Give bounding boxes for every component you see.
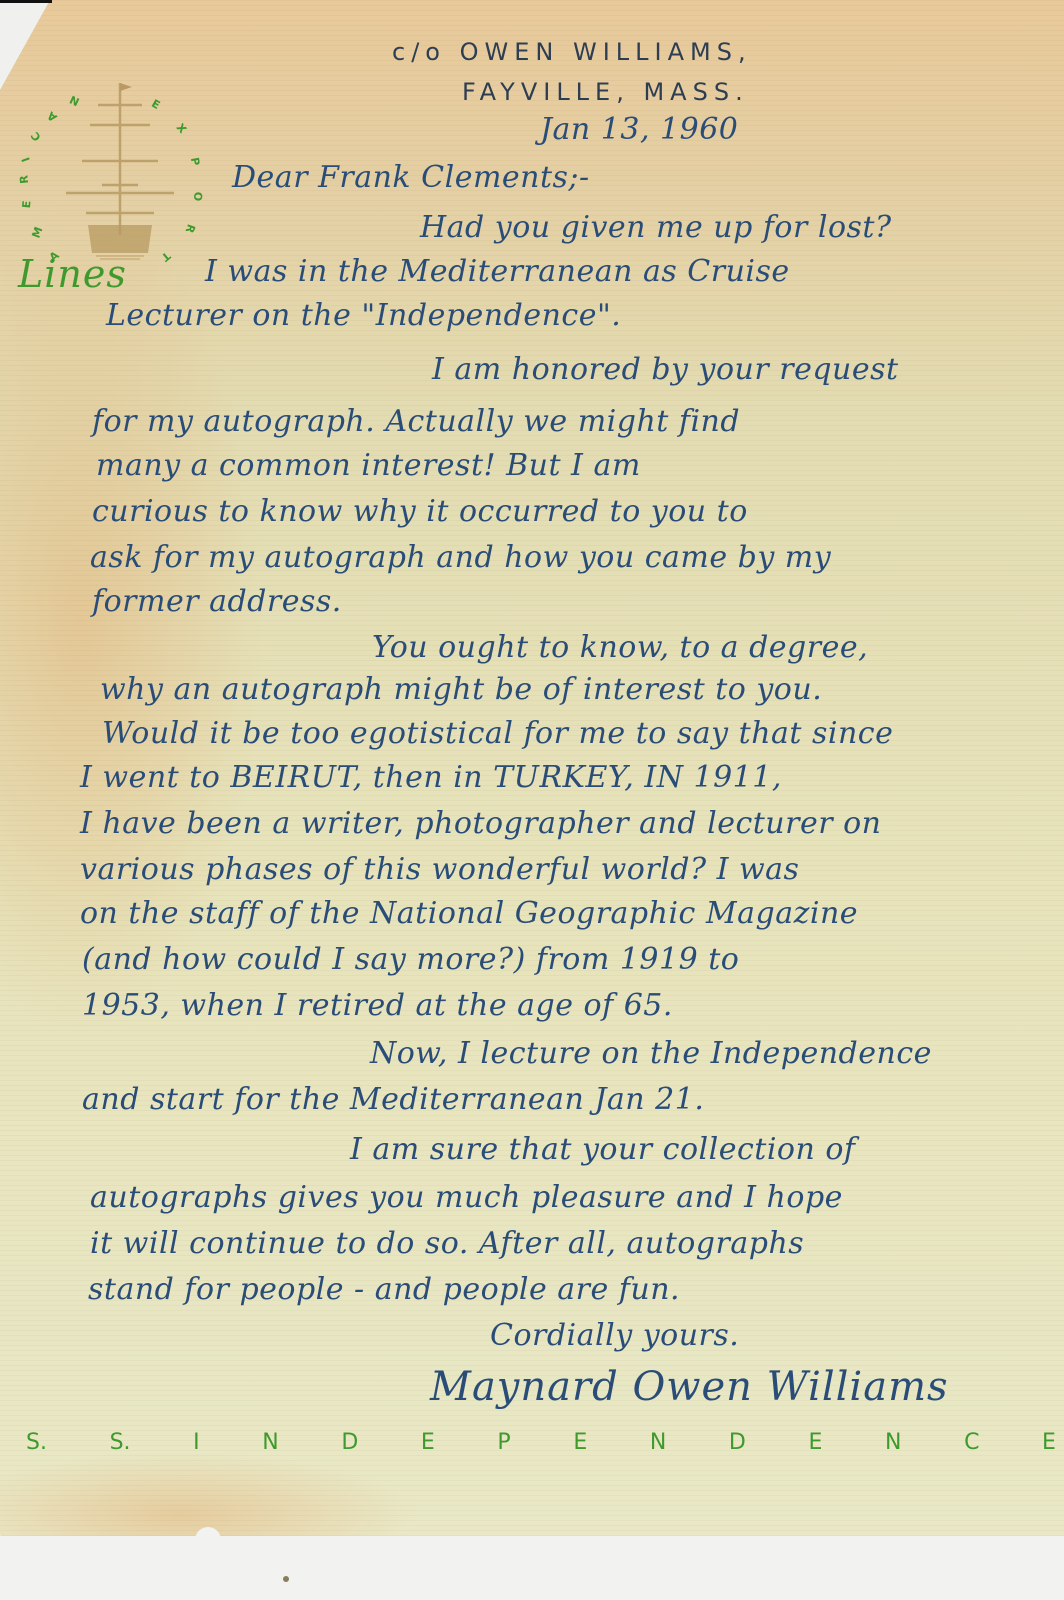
- address-line-1: c/o OWEN WILLIAMS,: [392, 38, 752, 66]
- footer-letter: C: [964, 1430, 979, 1455]
- arc-letter: R: [183, 222, 198, 234]
- body-line: I was in the Mediterranean as Cruise: [205, 254, 790, 289]
- body-line: why an autograph might be of interest to…: [100, 672, 822, 707]
- footer-letter: E: [573, 1430, 587, 1455]
- footer-letter: N: [650, 1430, 666, 1455]
- body-line: Had you given me up for lost?: [420, 210, 892, 245]
- footer-letter: S.: [110, 1430, 131, 1455]
- body-line: autographs gives you much pleasure and I…: [90, 1180, 843, 1215]
- body-line: Lecturer on the "Independence".: [106, 298, 621, 333]
- body-line: for my autograph. Actually we might find: [92, 404, 740, 439]
- footer-letter: N: [262, 1430, 278, 1455]
- arc-letter: C: [28, 129, 43, 143]
- signature: Maynard Owen Williams: [430, 1364, 949, 1410]
- footer-letter: D: [729, 1430, 746, 1455]
- footer-letter: N: [885, 1430, 901, 1455]
- body-line: ask for my autograph and how you came by…: [90, 540, 831, 575]
- arc-letter: P: [188, 156, 202, 166]
- lines-wordmark: Lines: [18, 252, 127, 296]
- salutation: Dear Frank Clements;-: [232, 160, 590, 195]
- body-line: it will continue to do so. After all, au…: [90, 1226, 804, 1261]
- footer-letter: E: [808, 1430, 822, 1455]
- arc-letter: M: [29, 225, 45, 240]
- body-line: various phases of this wonderful world? …: [80, 852, 799, 887]
- footer-letter: D: [341, 1430, 358, 1455]
- footer-letter: I: [193, 1430, 200, 1455]
- dust-speck: [283, 1576, 289, 1582]
- closing: Cordially yours.: [490, 1318, 739, 1353]
- body-line: I am sure that your collection of: [350, 1132, 856, 1167]
- arc-letter: O: [191, 191, 205, 201]
- body-line: on the staff of the National Geographic …: [80, 896, 858, 931]
- body-line: and start for the Mediterranean Jan 21.: [82, 1082, 704, 1117]
- body-line: curious to know why it occurred to you t…: [92, 494, 748, 529]
- body-line: (and how could I say more?) from 1919 to: [82, 942, 739, 977]
- body-line: many a common interest! But I am: [96, 448, 641, 483]
- footer-letter: E: [421, 1430, 435, 1455]
- arc-letter: I: [19, 155, 33, 163]
- footer-letter: S.: [26, 1430, 47, 1455]
- body-line: Now, I lecture on the Independence: [370, 1036, 932, 1071]
- body-line: You ought to know, to a degree,: [372, 630, 868, 665]
- arc-letter: E: [20, 200, 34, 209]
- footer-letter: P: [497, 1430, 510, 1455]
- arc-letter: R: [17, 175, 31, 185]
- body-line: stand for people - and people are fun.: [88, 1272, 680, 1307]
- ship-name-footer: S. S. I N D E P E N D E N C E: [26, 1430, 1056, 1455]
- body-line: former address.: [92, 584, 342, 619]
- body-line: 1953, when I retired at the age of 65.: [82, 988, 673, 1023]
- footer-letter: E: [1042, 1430, 1056, 1455]
- body-line: I went to BEIRUT, then in TURKEY, IN 191…: [80, 760, 782, 795]
- body-line: Would it be too egotistical for me to sa…: [102, 716, 893, 751]
- address-line-2: FAYVILLE, MASS.: [462, 78, 749, 106]
- arc-letter: A: [45, 109, 60, 124]
- body-line: I am honored by your request: [432, 352, 899, 387]
- scan-edge: [0, 0, 52, 3]
- body-line: I have been a writer, photographer and l…: [80, 806, 881, 841]
- letter-date: Jan 13, 1960: [540, 112, 738, 147]
